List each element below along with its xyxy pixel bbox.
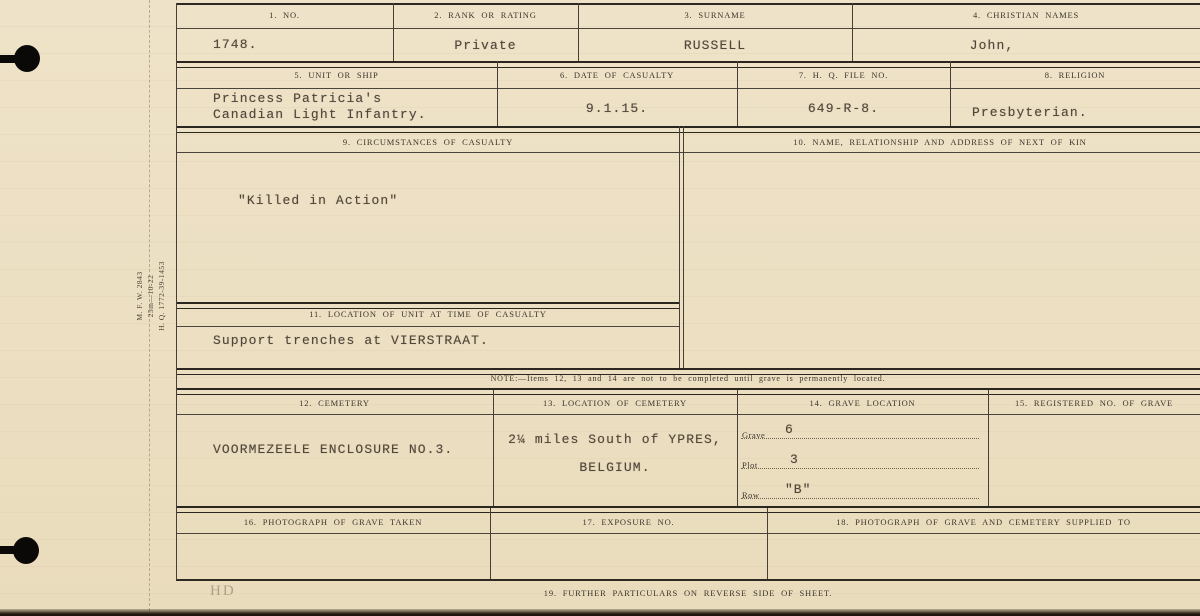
field-label-rank: 2. RANK OR RATING xyxy=(393,10,578,20)
grid-line xyxy=(176,414,1200,415)
grid-line xyxy=(176,88,1200,89)
field-label-unit-location: 11. LOCATION OF UNIT AT TIME OF CASUALTY xyxy=(176,309,680,319)
plot-number-line: Plot 3 xyxy=(741,451,979,469)
field-value-surname: RUSSELL xyxy=(578,37,852,54)
grid-line xyxy=(176,61,1200,68)
field-label-photo-taken: 16. PHOTOGRAPH OF GRAVE TAKEN xyxy=(176,517,490,527)
grid-line xyxy=(176,3,1200,5)
punch-hole-bottom xyxy=(13,537,39,564)
field-value-hq-file-no: 649-R-8. xyxy=(737,100,950,117)
grid-line xyxy=(176,126,1200,133)
field-label-hq-file-no: 7. H. Q. FILE NO. xyxy=(737,70,950,80)
grave-number-line: Grave 6 xyxy=(741,421,979,439)
grid-line xyxy=(176,152,1200,153)
field-label-no: 1. NO. xyxy=(176,10,393,20)
grave-value: 6 xyxy=(785,422,794,437)
grid-line xyxy=(176,388,1200,395)
grid-line xyxy=(679,126,680,368)
field-label-christian-names: 4. CHRISTIAN NAMES xyxy=(852,10,1200,20)
field-value-cemetery: VOORMEZEELE ENCLOSURE NO.3. xyxy=(213,441,453,458)
grave-label: Grave xyxy=(742,430,765,440)
field-label-cemetery: 12. CEMETERY xyxy=(176,398,493,408)
field-value-no: 1748. xyxy=(213,36,258,53)
field-value-religion: Presbyterian. xyxy=(972,104,1088,121)
note-text: NOTE:—Items 12, 13 and 14 are not to be … xyxy=(176,374,1200,383)
field-value-circumstances: "Killed in Action" xyxy=(238,192,398,209)
plot-value: 3 xyxy=(790,452,799,467)
grid-line xyxy=(176,3,177,580)
field-label-circumstances: 9. CIRCUMSTANCES OF CASUALTY xyxy=(176,137,680,147)
card-bottom-edge xyxy=(0,609,1200,616)
field-value-rank: Private xyxy=(393,37,578,54)
field-value-cemetery-location-line2: BELGIUM. xyxy=(493,459,737,476)
field-label-surname: 3. SURNAME xyxy=(578,10,852,20)
form-number-margin-text: M. F. W. 2843 25m—10-22 H. Q. 1772-39-14… xyxy=(134,246,168,346)
field-value-cemetery-location-line1: 2¼ miles South of YPRES, xyxy=(493,431,737,448)
field-value-unit-line1: Princess Patricia's xyxy=(213,90,382,107)
field-label-religion: 8. RELIGION xyxy=(950,70,1200,80)
form-number-line1: M. F. W. 2843 xyxy=(134,246,145,346)
field-value-christian-names: John, xyxy=(852,37,1132,54)
punch-hole-top xyxy=(14,45,40,72)
footer-text: 19. FURTHER PARTICULARS ON REVERSE SIDE … xyxy=(176,588,1200,598)
field-label-exposure-no: 17. EXPOSURE NO. xyxy=(490,517,767,527)
plot-label: Plot xyxy=(742,460,758,470)
grid-line xyxy=(176,533,1200,534)
field-label-cemetery-location: 13. LOCATION OF CEMETERY xyxy=(493,398,737,408)
grid-line xyxy=(176,28,1200,29)
casualty-record-card: M. F. W. 2843 25m—10-22 H. Q. 1772-39-14… xyxy=(0,0,1200,616)
field-label-registered-no: 15. REGISTERED NO. OF GRAVE xyxy=(988,398,1200,408)
field-value-unit-location: Support trenches at VIERSTRAAT. xyxy=(213,332,489,349)
row-letter-line: Row "B" xyxy=(741,481,979,499)
row-value: "B" xyxy=(785,482,811,497)
field-label-next-of-kin: 10. NAME, RELATIONSHIP AND ADDRESS OF NE… xyxy=(680,137,1200,147)
grid-line xyxy=(176,302,680,309)
row-label: Row xyxy=(742,490,760,500)
field-value-date-of-casualty: 9.1.15. xyxy=(497,100,737,117)
form-number-line3: H. Q. 1772-39-1453 xyxy=(156,246,167,346)
field-label-photo-supplied: 18. PHOTOGRAPH OF GRAVE AND CEMETERY SUP… xyxy=(767,517,1200,527)
field-label-date-of-casualty: 6. DATE OF CASUALTY xyxy=(497,70,737,80)
grid-line xyxy=(176,326,680,327)
field-value-unit-line2: Canadian Light Infantry. xyxy=(213,106,427,123)
grid-line xyxy=(176,579,1200,581)
form-number-line2: 25m—10-22 xyxy=(145,246,156,346)
grid-line xyxy=(176,506,1200,513)
grid-line xyxy=(683,126,684,368)
field-label-grave-location: 14. GRAVE LOCATION xyxy=(737,398,988,408)
field-label-unit: 5. UNIT OR SHIP xyxy=(176,70,497,80)
